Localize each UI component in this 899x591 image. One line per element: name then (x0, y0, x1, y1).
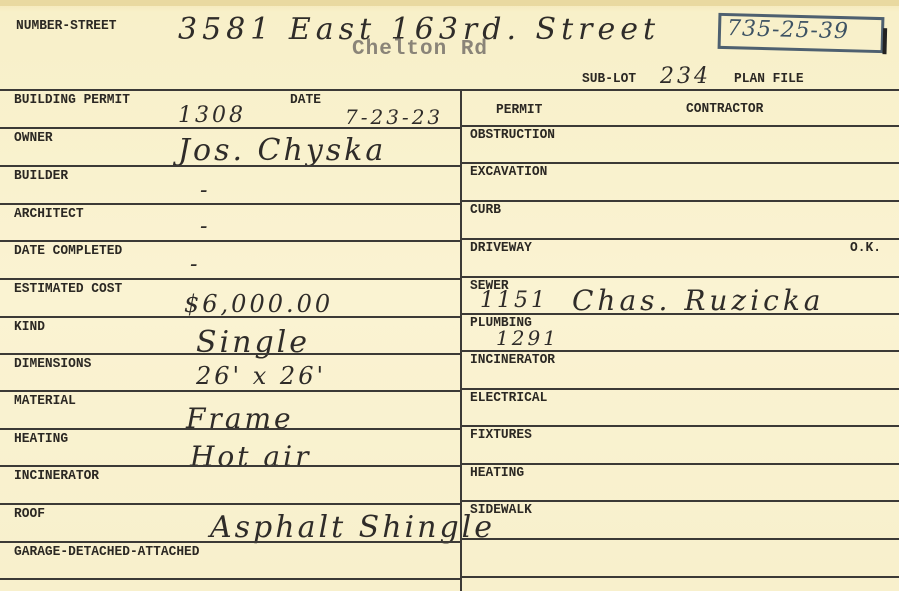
field-label-roof: ROOF (14, 506, 45, 522)
permit-label-heating: HEATING (470, 465, 524, 481)
rule-line (461, 200, 899, 202)
field-label-material: MATERIAL (14, 393, 76, 409)
permit-label-obstruction: OBSTRUCTION (470, 127, 555, 143)
rule-line (0, 89, 899, 91)
sewer-permit-value: 1151 (480, 288, 548, 313)
field-value-builder: - (200, 178, 210, 203)
field-label-estimated-cost: ESTIMATED COST (14, 281, 122, 297)
field-label-date-completed: DATE COMPLETED (14, 243, 122, 259)
field-value-date-completed: - (190, 252, 200, 277)
contractor-header: CONTRACTOR (686, 101, 763, 117)
rule-line (461, 538, 899, 540)
stamp-mark (882, 28, 887, 54)
plan-file-label: PLAN FILE (734, 71, 804, 87)
permit-header: PERMIT (496, 102, 542, 118)
rule-line (0, 428, 460, 430)
driveway-ok-note: O.K. (850, 240, 881, 256)
building-permit-value: 1308 (178, 103, 246, 128)
number-street-label: NUMBER-STREET (16, 18, 116, 34)
field-label-garage-detached-attached: GARAGE-DETACHED-ATTACHED (14, 544, 200, 560)
field-value-architect: - (200, 214, 210, 239)
permit-card: NUMBER-STREET 3581 East 163rd. Street Ch… (0, 0, 899, 591)
date-value: 7-23-23 (345, 105, 443, 129)
rule-line (461, 463, 899, 465)
permit-label-fixtures: FIXTURES (470, 427, 532, 443)
field-value-kind: Single (196, 325, 310, 360)
field-value-roof: Asphalt Shingle (210, 510, 495, 545)
field-label-kind: KIND (14, 319, 45, 335)
date-label: DATE (290, 92, 321, 108)
rule-line (0, 541, 460, 543)
field-label-owner: OWNER (14, 130, 53, 146)
field-value-owner: Jos. Chyska (178, 133, 386, 168)
sewer-contractor-value: Chas. Ruzicka (572, 284, 824, 317)
permit-label-sidewalk: SIDEWALK (470, 502, 532, 518)
field-value-dimensions: 26' x 26' (196, 362, 326, 390)
field-label-dimensions: DIMENSIONS (14, 356, 91, 372)
rule-line (0, 353, 460, 355)
address-typed: Chelton Rd (352, 38, 488, 61)
stamp-number: 735-25-39 (727, 16, 849, 44)
rule-line (0, 165, 460, 167)
rule-line (461, 276, 899, 278)
sublot-value: 234 (660, 64, 711, 89)
field-label-builder: BUILDER (14, 168, 68, 184)
permit-label-driveway: DRIVEWAY (470, 240, 532, 256)
rule-line (0, 240, 460, 242)
plumbing-permit-value: 1291 (496, 326, 559, 350)
permit-label-electrical: ELECTRICAL (470, 390, 547, 406)
permit-label-incinerator: INCINERATOR (470, 352, 555, 368)
rule-line (461, 576, 899, 578)
permit-label-curb: CURB (470, 202, 501, 218)
rule-line (0, 465, 460, 467)
rule-line (0, 316, 460, 318)
rule-line (0, 578, 460, 580)
field-value-material: Frame (186, 402, 294, 435)
rule-line (0, 278, 460, 280)
building-permit-label: BUILDING PERMIT (14, 92, 130, 108)
rule-line (0, 127, 460, 129)
rule-line (0, 203, 460, 205)
field-label-heating: HEATING (14, 431, 68, 447)
field-value-heating: Hot air (190, 440, 311, 473)
sublot-label: SUB-LOT (582, 71, 636, 87)
field-label-architect: ARCHITECT (14, 206, 84, 222)
field-value-estimated-cost: $6,000.00 (184, 290, 333, 318)
field-label-incinerator: INCINERATOR (14, 468, 99, 484)
parcel-stamp: 735-25-39 (718, 13, 885, 53)
permit-label-excavation: EXCAVATION (470, 164, 547, 180)
card-top-edge (0, 0, 899, 6)
rule-line (0, 503, 460, 505)
rule-line (0, 390, 460, 392)
